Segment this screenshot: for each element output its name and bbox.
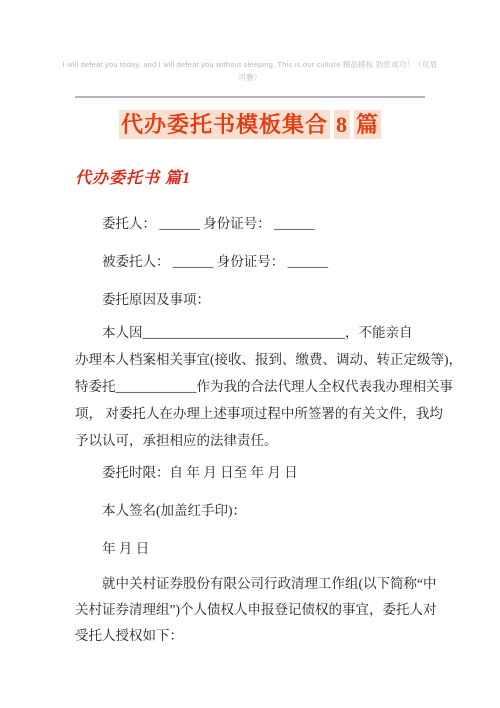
zgc-paragraph-line: 受托人授权如下： [75, 623, 425, 649]
reason-paragraph-line: 本人因______________________________，不能亲自 [75, 319, 425, 346]
document-page: I will defeat you today, and I will defe… [0, 0, 500, 708]
page-header: I will defeat you today, and I will defe… [0, 0, 500, 84]
date-line: 年 月 日 [75, 530, 425, 568]
section-heading: 代办委托书 篇1 [75, 168, 500, 190]
header-divider [75, 96, 425, 98]
entrust-line: 委托人： ______ 身份证号： ______ [75, 205, 425, 243]
title-segment-main: 代办委托书模板集合 [119, 110, 330, 139]
header-text-line1: I will defeat you today, and I will defe… [0, 58, 500, 71]
reason-paragraph-line: 办理本人档案相关事宜(接收、报到、缴费、调动、转正定级等)， [75, 346, 425, 373]
zgc-paragraph-line: 关村证券清理组”)个人债权人申报登记债权的事宜，委托人对 [75, 597, 425, 623]
title-segment-count: 8 [334, 110, 350, 139]
reason-paragraph-line: 特委托____________作为我的合法代理人全权代表我办理相关事 [75, 373, 425, 400]
reason-paragraph-line: 项， 对委托人在办理上述事项过程中所签署的有关文件，我均 [75, 400, 425, 427]
document-body: 委托人： ______ 身份证号： ______ 被委托人： ______ 身份… [75, 205, 425, 649]
reason-paragraph: 本人因______________________________，不能亲自 办… [75, 319, 425, 454]
signature-line: 本人签名(加盖红手印)： [75, 492, 425, 530]
reason-paragraph-line: 予以认可，承担相应的法律责任。 [75, 427, 425, 454]
title-segment-unit: 篇 [354, 110, 381, 139]
entrusted-line: 被委托人： ______ 身份证号： ______ [75, 243, 425, 281]
reason-label: 委托原因及事项： [75, 281, 425, 319]
document-title: 代办委托书模板集合8篇 [0, 110, 500, 140]
header-text-line2: 可删） [0, 71, 500, 84]
zgc-paragraph-line: 就中关村证券股份有限公司行政清理工作组(以下简称“中 [75, 571, 425, 597]
zgc-paragraph: 就中关村证券股份有限公司行政清理工作组(以下简称“中 关村证券清理组”)个人债权… [75, 571, 425, 649]
time-limit-line: 委托时限：自 年 月 日至 年 月 日 [75, 454, 425, 492]
